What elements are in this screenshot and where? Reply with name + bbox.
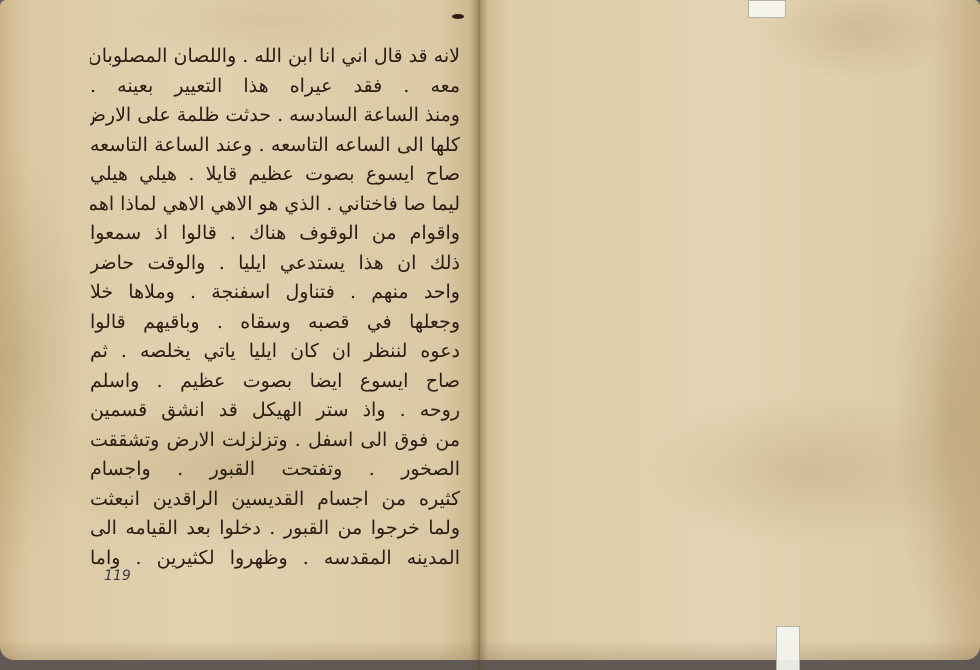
text-line: كثيره من اجسام القديسين الراقدين انبعثت [90, 485, 460, 515]
text-line: وجعلها في قصبه وسقاه . وباقيهم قالوا [90, 308, 460, 338]
text-line: صاح ايسوع بصوت عظيم قايلا . هيلي هيلي [90, 160, 460, 190]
text-line: المدينه المقدسه . وظهروا لكثيرين . واما [90, 544, 460, 574]
text-line: من فوق الى اسفل . وتزلزلت الارض وتشققت [90, 426, 460, 456]
paper-tab-bottom [776, 626, 800, 670]
text-line: الصخور . وتفتحت القبور . واجسام [90, 455, 460, 485]
text-line: ومنذ الساعة السادسه . حدثت ظلمة على الار… [90, 101, 460, 131]
right-page: افما يستطيع ان يخلص نفسه . ان كنت انت ال… [478, 0, 980, 660]
folio-number: 119 [104, 568, 131, 584]
text-line: كلها الى الساعه التاسعه . وعند الساعة ال… [90, 131, 460, 161]
text-line: روحه . واذ ستر الهيكل قد انشق قسمين [90, 396, 460, 426]
open-manuscript-spread: لانه قد قال اني انا ابن الله . واللصان ا… [0, 0, 980, 670]
text-line: واحد منهم . فتناول اسفنجة . وملاها خلا [90, 278, 460, 308]
text-line: صاح ايسوع ايضا بصوت عظيم . واسلم [90, 367, 460, 397]
page-bottom-edge [0, 640, 980, 670]
text-line: ولما خرجوا من القبور . دخلوا بعد القيامه… [90, 514, 460, 544]
text-line: ذلك ان هذا يستدعي ايليا . والوقت حاضر [90, 249, 460, 279]
left-page: لانه قد قال اني انا ابن الله . واللصان ا… [0, 0, 478, 660]
left-page-text: لانه قد قال اني انا ابن الله . واللصان ا… [90, 42, 460, 573]
text-line: معه . فقد عيراه هذا التعيير بعينه . [90, 72, 460, 102]
text-line: ليما صا فاختاني . الذي هو الاهي الاهي لم… [90, 190, 460, 220]
paper-tab-top [748, 0, 786, 18]
text-line: دعوه لننظر ان كان ايليا ياتي يخلصه . ثم [90, 337, 460, 367]
text-line: لانه قد قال اني انا ابن الله . واللصان ا… [90, 42, 460, 72]
binding-gutter [470, 0, 488, 670]
text-line: واقوام من الوقوف هناك . قالوا اذ سمعوا [90, 219, 460, 249]
binding-hole [452, 14, 464, 19]
